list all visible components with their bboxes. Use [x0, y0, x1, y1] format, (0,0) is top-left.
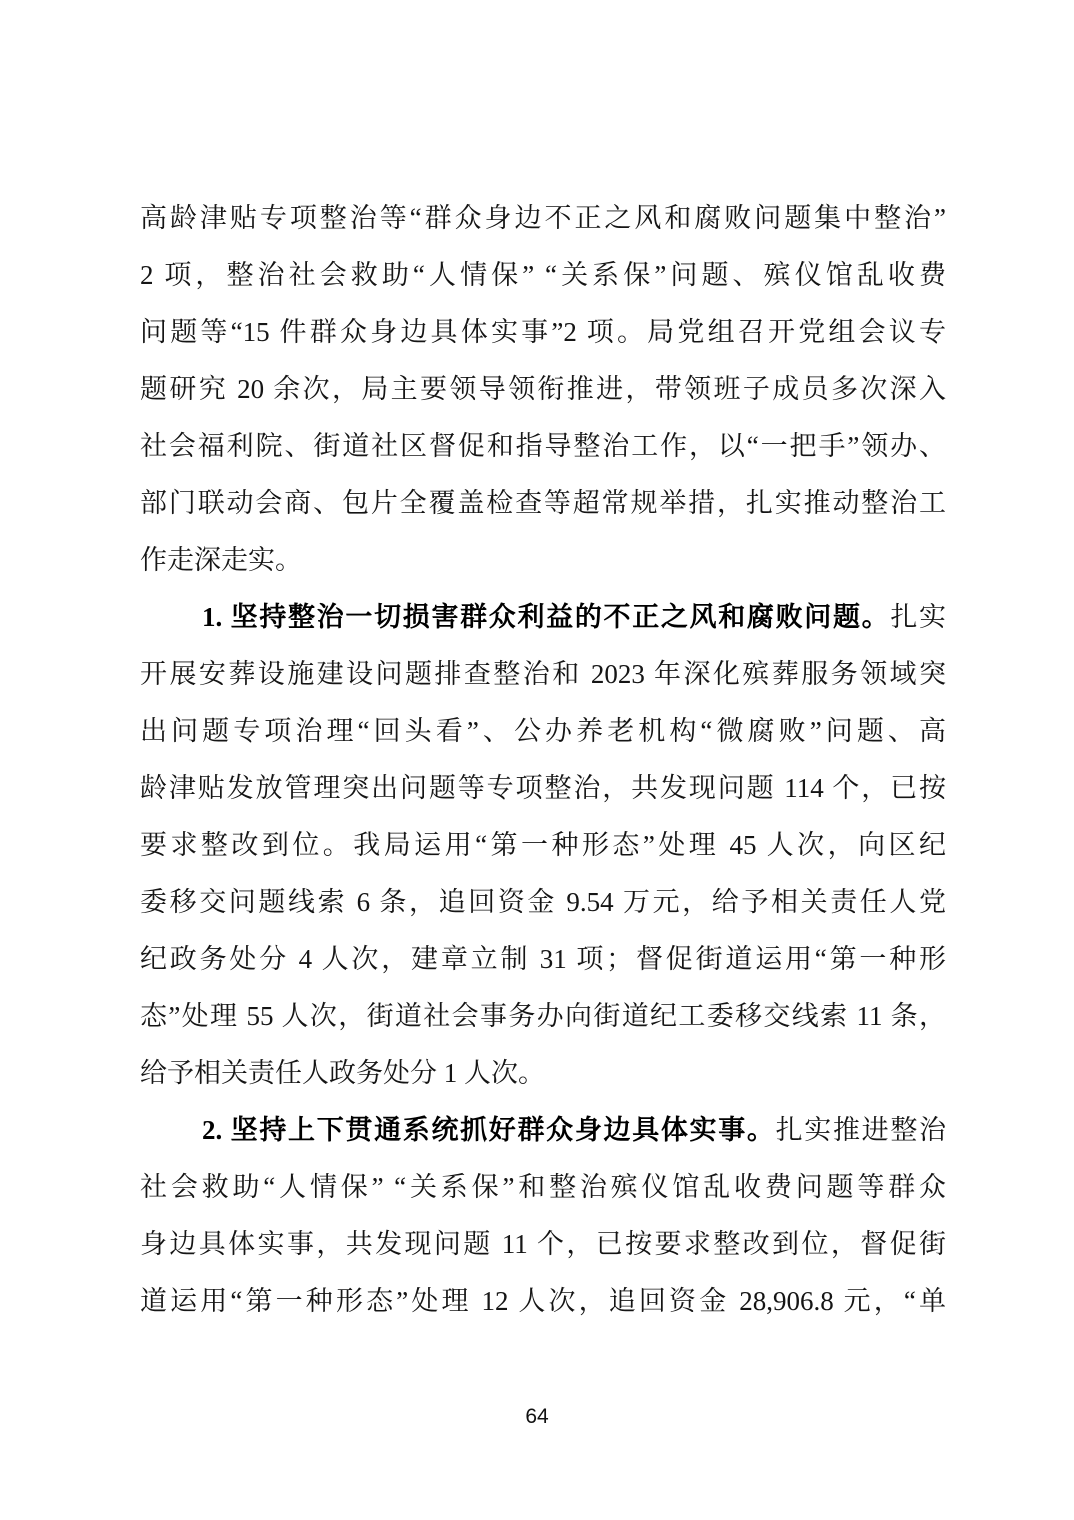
text-line: 委移交问题线索 6 条，追回资金 9.54 万元，给予相关责任人党	[140, 874, 946, 931]
page-body-text: 高龄津贴专项整治等“群众身边不正之风和腐败问题集中整治” 2 项，整治社会救助“…	[140, 190, 946, 1330]
text-line: 给予相关责任人政务处分 1 人次。	[140, 1045, 946, 1102]
section-1-heading-tail: 扎实	[890, 602, 946, 632]
text-line: 社会福利院、街道社区督促和指导整治工作，以“一把手”领办、	[140, 418, 946, 475]
paragraph-section-2: 2. 坚持上下贯通系统抓好群众身边具体实事。扎实推进整治 社会救助“人情保” “…	[140, 1102, 946, 1330]
text-line: 社会救助“人情保” “关系保”和整治殡仪馆乱收费问题等群众	[140, 1159, 946, 1216]
text-line: 开展安葬设施建设问题排查整治和 2023 年深化殡葬服务领域突	[140, 646, 946, 703]
section-2-heading-line: 2. 坚持上下贯通系统抓好群众身边具体实事。扎实推进整治	[140, 1102, 946, 1159]
text-line: 要求整改到位。我局运用“第一种形态”处理 45 人次，向区纪	[140, 817, 946, 874]
paragraph-overview: 高龄津贴专项整治等“群众身边不正之风和腐败问题集中整治” 2 项，整治社会救助“…	[140, 190, 946, 589]
text-line: 龄津贴发放管理突出问题等专项整治，共发现问题 114 个，已按	[140, 760, 946, 817]
section-2-heading-tail: 扎实推进整治	[776, 1115, 946, 1145]
text-line: 道运用“第一种形态”处理 12 人次，追回资金 28,906.8 元，“单	[140, 1273, 946, 1330]
text-line: 纪政务处分 4 人次，建章立制 31 项；督促街道运用“第一种形	[140, 931, 946, 988]
text-line: 身边具体实事，共发现问题 11 个，已按要求整改到位，督促街	[140, 1216, 946, 1273]
paragraph-section-1: 1. 坚持整治一切损害群众利益的不正之风和腐败问题。扎实 开展安葬设施建设问题排…	[140, 589, 946, 1102]
text-line: 作走深走实。	[140, 532, 946, 589]
page-number: 64	[0, 1405, 1074, 1429]
text-line: 出问题专项治理“回头看”、公办养老机构“微腐败”问题、高	[140, 703, 946, 760]
document-page: 高龄津贴专项整治等“群众身边不正之风和腐败问题集中整治” 2 项，整治社会救助“…	[0, 0, 1074, 1520]
section-1-heading-line: 1. 坚持整治一切损害群众利益的不正之风和腐败问题。扎实	[140, 589, 946, 646]
section-1-heading: 1. 坚持整治一切损害群众利益的不正之风和腐败问题。	[202, 602, 890, 632]
text-line: 态”处理 55 人次，街道社会事务办向街道纪工委移交线索 11 条，	[140, 988, 946, 1045]
text-line: 部门联动会商、包片全覆盖检查等超常规举措，扎实推动整治工	[140, 475, 946, 532]
text-line: 2 项，整治社会救助“人情保” “关系保”问题、殡仪馆乱收费	[140, 247, 946, 304]
text-line: 问题等“15 件群众身边具体实事”2 项。局党组召开党组会议专	[140, 304, 946, 361]
text-line: 题研究 20 余次，局主要领导领衔推进，带领班子成员多次深入	[140, 361, 946, 418]
text-line: 高龄津贴专项整治等“群众身边不正之风和腐败问题集中整治”	[140, 190, 946, 247]
section-2-heading: 2. 坚持上下贯通系统抓好群众身边具体实事。	[202, 1115, 776, 1145]
